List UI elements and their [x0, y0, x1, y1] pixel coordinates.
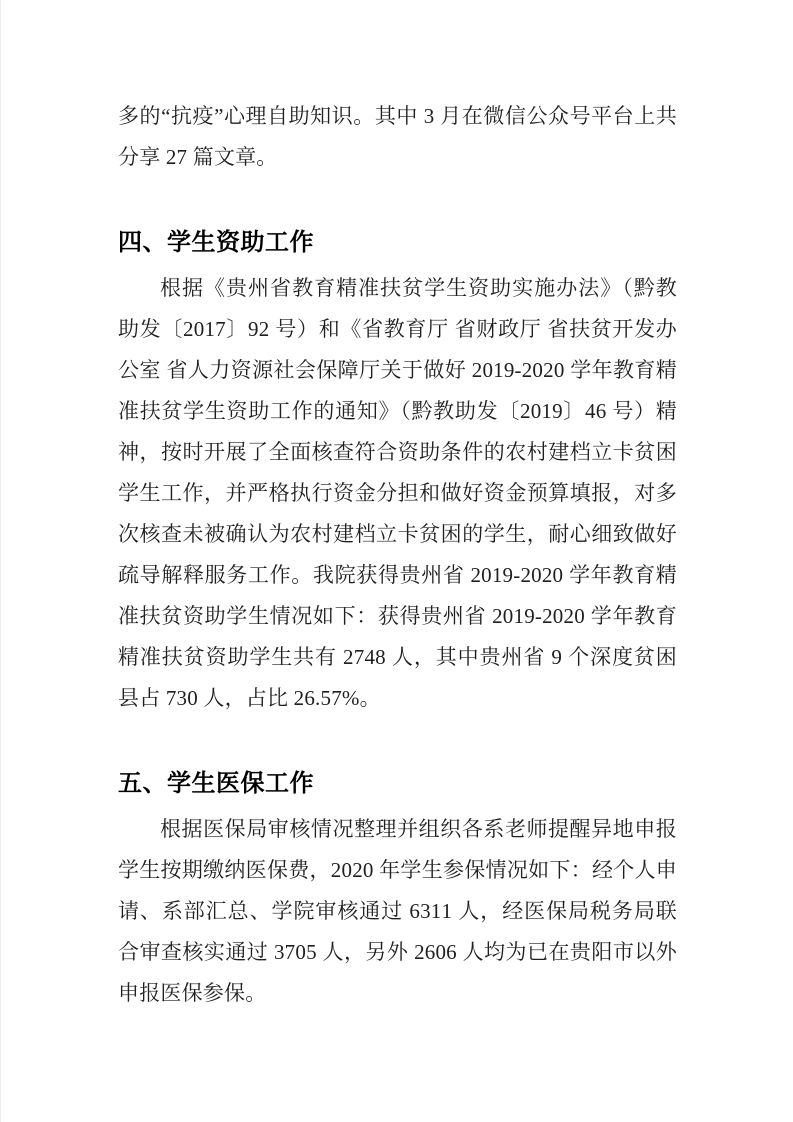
- section-paragraph-student-aid: 根据《贵州省教育精准扶贫学生资助实施办法》（黔教助发〔2017〕92 号）和《省…: [118, 268, 677, 719]
- section-paragraph-medical-insurance: 根据医保局审核情况整理并组织各系老师提醒异地申报学生按期缴纳医保费，2020 年…: [118, 809, 677, 1014]
- page-content: 多的“抗疫”心理自助知识。其中 3 月在微信公众号平台上共分享 27 篇文章。 …: [1, 0, 793, 1014]
- paragraph-continuation: 多的“抗疫”心理自助知识。其中 3 月在微信公众号平台上共分享 27 篇文章。: [118, 96, 677, 178]
- document-page: 多的“抗疫”心理自助知识。其中 3 月在微信公众号平台上共分享 27 篇文章。 …: [0, 0, 793, 1122]
- section-heading-medical-insurance: 五、学生医保工作: [118, 764, 677, 804]
- section-heading-student-aid: 四、学生资助工作: [118, 223, 677, 263]
